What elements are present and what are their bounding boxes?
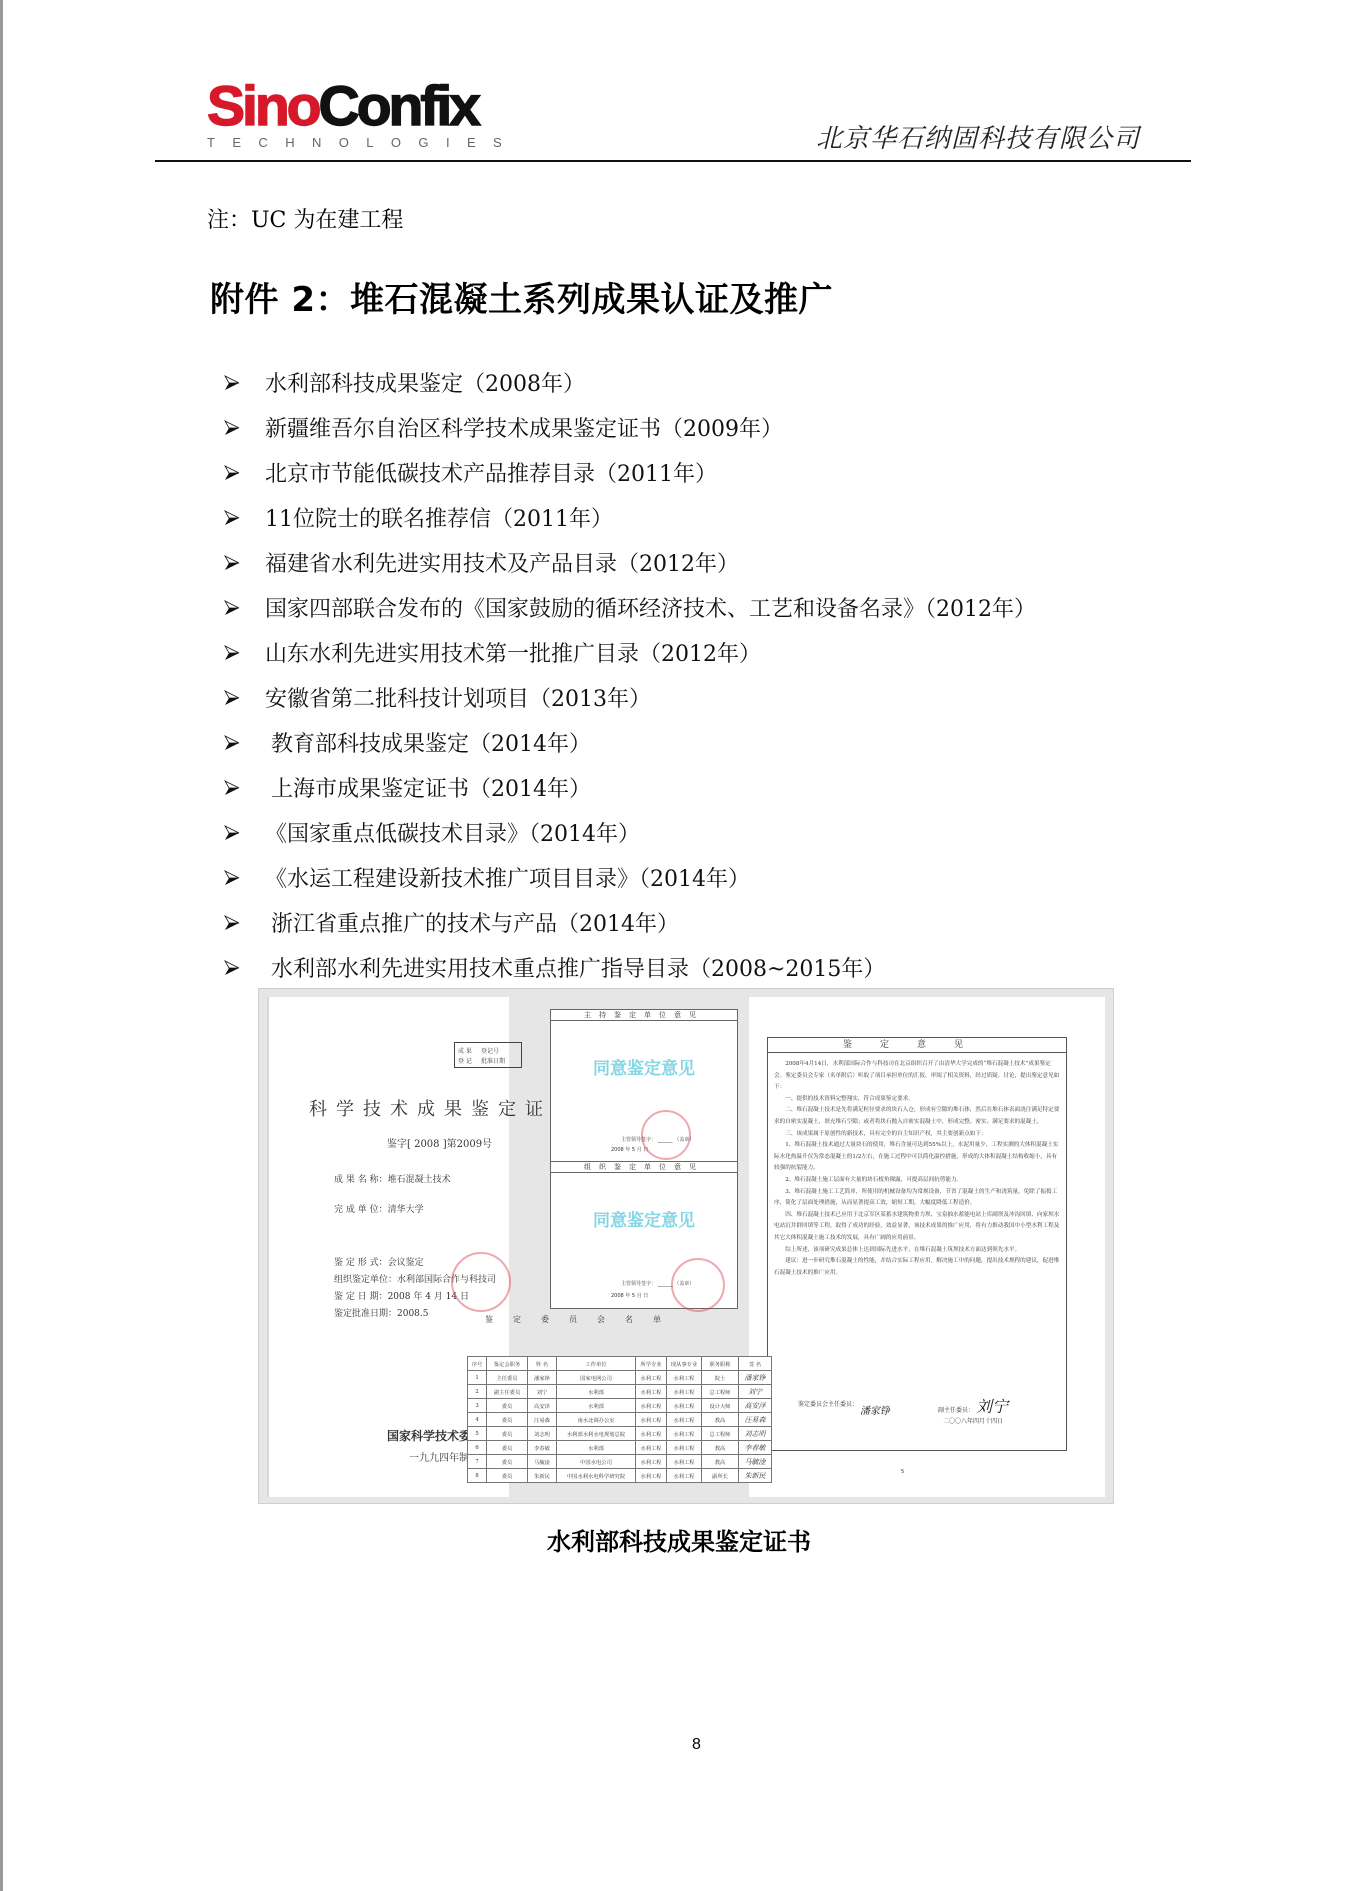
arrowhead-right-icon	[224, 690, 240, 706]
table-cell: 水利工程	[636, 1469, 667, 1483]
table-cell: 水利工程	[667, 1385, 702, 1399]
table-row: 8委员朱新民中国水利水电科学研究院水利工程水利工程副所长朱新民	[468, 1469, 772, 1483]
logo-wordmark: SinoConfix	[207, 78, 519, 134]
table-row: 2副主任委员刘宁水利部水利工程水利工程总工程师刘宁	[468, 1385, 772, 1399]
table-cell: 3	[468, 1399, 487, 1413]
cert-field: 鉴 定 日 期：2008 年 4 月 14 日	[334, 1289, 469, 1302]
table-cell: 刘宁	[528, 1385, 557, 1399]
logo-sino: Sino	[207, 74, 319, 137]
certification-list: 水利部科技成果鉴定（2008年）新疆维吾尔自治区科学技术成果鉴定证书（2009年…	[224, 360, 1036, 990]
certificate-number: 鉴字[ 2008 ]第2009号	[387, 1135, 492, 1150]
sign-label: 主管领导签字：	[621, 1137, 656, 1143]
table-cell: 4	[468, 1413, 487, 1427]
table-cell: 院士	[702, 1371, 739, 1385]
list-item: 上海市成果鉴定证书（2014年）	[224, 765, 1036, 810]
list-item-text: 北京市节能低碳技术产品推荐目录（2011年）	[265, 457, 717, 488]
table-cell: 水利工程	[667, 1371, 702, 1385]
appraisal-paragraph: 三、该成果属于原创性的新技术，具有完全的自主知识产权，其主要创新点如下：	[774, 1129, 1060, 1141]
page-edge	[0, 0, 3, 1891]
arrowhead-right-icon	[224, 825, 240, 841]
table-cell: 委员	[487, 1441, 528, 1455]
host-unit-opinion: 主持鉴定单位意见 同意鉴定意见 主管领导签字： ______ （盖章） 2008…	[550, 1009, 738, 1163]
list-item: 水利部科技成果鉴定（2008年）	[224, 360, 1036, 405]
arrowhead-right-icon	[224, 600, 240, 616]
list-item-text: 国家四部联合发布的《国家鼓励的循环经济技术、工艺和设备名录》（2012年）	[265, 592, 1036, 623]
list-item: 11位院士的联名推荐信（2011年）	[224, 495, 1036, 540]
page-number: 8	[692, 1736, 701, 1754]
table-cell: 高安泽	[528, 1399, 557, 1413]
header-rule	[155, 160, 1191, 162]
list-item-text: 《水运工程建设新技术推广项目目录》（2014年）	[265, 862, 750, 893]
signature-cell: 李春敏	[739, 1441, 772, 1455]
scan-page-number: 5	[901, 1469, 904, 1475]
sinoconfix-logo: SinoConfix TECHNOLOGIES	[207, 78, 513, 150]
registration-box: 成 果 登 记 登记号 批准日期	[454, 1042, 522, 1068]
table-cell: 刘志明	[528, 1427, 557, 1441]
appraisal-paragraph: 一、提供的技术资料完整翔实，符合成果鉴定要求。	[774, 1094, 1060, 1106]
opinion-header: 组织鉴定单位意见	[551, 1162, 737, 1173]
table-cell: 5	[468, 1427, 487, 1441]
opinion-date: 2008 年 5 月 日	[611, 1292, 648, 1299]
arrowhead-right-icon	[224, 465, 240, 481]
opinion-header: 主持鉴定单位意见	[551, 1010, 737, 1021]
signature-cell: 汪易森	[739, 1413, 772, 1427]
signature-cell: 高安泽	[739, 1399, 772, 1413]
table-cell: 水利工程	[636, 1399, 667, 1413]
table-row: 1主任委员潘家铮国家电网公司水利工程水利工程院士潘家铮	[468, 1371, 772, 1385]
table-cell: 委员	[487, 1427, 528, 1441]
table-cell: 1	[468, 1371, 487, 1385]
list-item: 福建省水利先进实用技术及产品目录（2012年）	[224, 540, 1036, 585]
table-cell: 2	[468, 1385, 487, 1399]
table-row: 7委员马毓淦中国水电公司水利工程水利工程教高马毓淦	[468, 1455, 772, 1469]
list-item-text: 上海市成果鉴定证书（2014年）	[271, 772, 591, 803]
cert-field: 成 果 名 称：堆石混凝土技术	[334, 1172, 451, 1185]
list-item-text: 教育部科技成果鉴定（2014年）	[271, 727, 591, 758]
arrowhead-right-icon	[224, 645, 240, 661]
table-cell: 水利工程	[636, 1441, 667, 1455]
table-cell: 6	[468, 1441, 487, 1455]
seal-label: （盖章）	[674, 1281, 694, 1287]
seal-label: （盖章）	[674, 1137, 694, 1143]
appraisal-paragraph: 四、堆石混凝土技术已应用于北京军区某蓄水建筑物重力坝、宝泉抽水蓄能电站上库副坝及…	[774, 1210, 1060, 1245]
list-item: 北京市节能低碳技术产品推荐目录（2011年）	[224, 450, 1036, 495]
appraisal-paragraph: 2、堆石混凝土施工层面有大量的块石棱角裸露，可提高层间抗剪能力。	[774, 1175, 1060, 1187]
chair-label: 鉴定委员会主任委员：	[798, 1401, 858, 1408]
appraisal-opinion-box: 鉴定意见 2008年4月14日，水利部国际合作与科技司在北京组织召开了由清华大学…	[767, 1037, 1067, 1451]
table-cell: 7	[468, 1455, 487, 1469]
vice-chair-label: 副主任委员：	[938, 1407, 974, 1414]
table-cell: 中国水利水电科学研究院	[557, 1469, 636, 1483]
certificate-scan-image: 成 果 登 记 登记号 批准日期 科学技术成果鉴定证 鉴字[ 2008 ]第20…	[258, 988, 1114, 1504]
arrowhead-right-icon	[224, 735, 240, 751]
list-item: 水利部水利先进实用技术重点推广指导目录（2008~2015年）	[224, 945, 1036, 990]
logo-confix: Confix	[319, 74, 478, 137]
table-cell: 国家电网公司	[557, 1371, 636, 1385]
box-label: 登 记	[458, 1056, 472, 1065]
column-header: 工作单位	[557, 1357, 636, 1371]
table-cell: 水利工程	[636, 1455, 667, 1469]
vice-chair-signature: 刘宁	[976, 1397, 1008, 1416]
table-cell: 水利部	[557, 1399, 636, 1413]
note-text: 注：UC 为在建工程	[207, 203, 403, 234]
arrowhead-right-icon	[224, 915, 240, 931]
table-cell: 李春敏	[528, 1441, 557, 1455]
table-cell: 委员	[487, 1455, 528, 1469]
list-item-text: 水利部水利先进实用技术重点推广指导目录（2008~2015年）	[271, 952, 885, 983]
column-header: 签 名	[739, 1357, 772, 1371]
list-item: 安徽省第二批科技计划项目（2013年）	[224, 675, 1036, 720]
table-cell: 水利部	[557, 1385, 636, 1399]
signature-cell: 刘宁	[739, 1385, 772, 1399]
agree-stamp: 同意鉴定意见	[593, 1206, 695, 1231]
table-cell: 朱新民	[528, 1469, 557, 1483]
table-cell: 马毓淦	[528, 1455, 557, 1469]
table-cell: 8	[468, 1469, 487, 1483]
box-label: 成 果	[458, 1046, 472, 1055]
signature-cell: 马毓淦	[739, 1455, 772, 1469]
list-item: 国家四部联合发布的《国家鼓励的循环经济技术、工艺和设备名录》（2012年）	[224, 585, 1036, 630]
column-header: 鉴定会职务	[487, 1357, 528, 1371]
box-label: 批准日期	[481, 1056, 505, 1065]
list-item-text: 浙江省重点推广的技术与产品（2014年）	[271, 907, 679, 938]
appraisal-body: 2008年4月14日，水利部国际合作与科技司在北京组织召开了由清华大学完成的“堆…	[768, 1053, 1066, 1279]
table-cell: 水利工程	[636, 1413, 667, 1427]
committee-table: 序号鉴定会职务姓 名工作单位所学专业现从事专业职务职称签 名1主任委员潘家铮国家…	[467, 1356, 772, 1483]
table-cell: 中国水电公司	[557, 1455, 636, 1469]
table-row: 6委员李春敏水利部水利工程水利工程教高李春敏	[468, 1441, 772, 1455]
table-cell: 委员	[487, 1413, 528, 1427]
column-header: 姓 名	[528, 1357, 557, 1371]
list-item-text: 《国家重点低碳技术目录》（2014年）	[265, 817, 640, 848]
arrowhead-right-icon	[224, 375, 240, 391]
signature-cell: 刘志明	[739, 1427, 772, 1441]
table-cell: 水利工程	[667, 1469, 702, 1483]
table-cell: 教高	[702, 1455, 739, 1469]
arrowhead-right-icon	[224, 870, 240, 886]
agree-stamp: 同意鉴定意见	[593, 1054, 695, 1079]
red-seal-icon	[641, 1110, 691, 1160]
chair-signature: 潘家铮	[860, 1406, 890, 1417]
figure-caption: 水利部科技成果鉴定证书	[0, 1522, 1348, 1557]
table-cell: 水利工程	[636, 1427, 667, 1441]
signature-cell: 朱新民	[739, 1469, 772, 1483]
appraisal-paragraph: 1、堆石混凝土技术通过大量块石的使用，堆石含量可达到55%以上，水泥用量少，工程…	[774, 1140, 1060, 1175]
list-item-text: 11位院士的联名推荐信（2011年）	[265, 502, 613, 533]
appraisal-paragraph: 3、堆石混凝土施工工艺简单，所使用的机械设备均为常规设备，节省了混凝土的生产和浇…	[774, 1187, 1060, 1210]
sign-label: 主管领导签字：	[621, 1281, 656, 1287]
list-item: 《国家重点低碳技术目录》（2014年）	[224, 810, 1036, 855]
list-item-text: 山东水利先进实用技术第一批推广目录（2012年）	[265, 637, 761, 668]
cert-field: 鉴 定 形 式：会议鉴定	[334, 1255, 424, 1268]
table-cell: 委员	[487, 1469, 528, 1483]
list-item: 浙江省重点推广的技术与产品（2014年）	[224, 900, 1036, 945]
list-item-text: 新疆维吾尔自治区科学技术成果鉴定证书（2009年）	[265, 412, 783, 443]
arrowhead-right-icon	[224, 780, 240, 796]
column-header: 职务职称	[702, 1357, 739, 1371]
appraisal-paragraph: 2008年4月14日，水利部国际合作与科技司在北京组织召开了由清华大学完成的“堆…	[774, 1059, 1060, 1094]
table-cell: 水利工程	[636, 1371, 667, 1385]
list-item-text: 安徽省第二批科技计划项目（2013年）	[265, 682, 651, 713]
column-header: 所学专业	[636, 1357, 667, 1371]
table-cell: 主任委员	[487, 1371, 528, 1385]
table-cell: 总工程师	[702, 1427, 739, 1441]
table-cell: 水利工程	[667, 1399, 702, 1413]
appraisal-header: 鉴定意见	[768, 1038, 1066, 1053]
column-header: 序号	[468, 1357, 487, 1371]
committee-title: 鉴定委员会名单	[485, 1314, 681, 1325]
list-item: 新疆维吾尔自治区科学技术成果鉴定证书（2009年）	[224, 405, 1036, 450]
table-cell: 潘家铮	[528, 1371, 557, 1385]
column-header: 现从事专业	[667, 1357, 702, 1371]
table-row: 4委员汪易森南水北调办公室水利工程水利工程教高汪易森	[468, 1413, 772, 1427]
table-row: 5委员刘志明水利部水利水电规划总院水利工程水利工程总工程师刘志明	[468, 1427, 772, 1441]
table-cell: 教高	[702, 1441, 739, 1455]
list-item: 山东水利先进实用技术第一批推广目录（2012年）	[224, 630, 1036, 675]
table-cell: 水利部水利水电规划总院	[557, 1427, 636, 1441]
table-cell: 水利工程	[667, 1427, 702, 1441]
table-cell: 副所长	[702, 1469, 739, 1483]
signature-cell: 潘家铮	[739, 1371, 772, 1385]
appraisal-date: 二〇〇八年四月十四日	[943, 1416, 1003, 1425]
list-item-text: 水利部科技成果鉴定（2008年）	[265, 367, 585, 398]
list-item-text: 福建省水利先进实用技术及产品目录（2012年）	[265, 547, 739, 578]
certificate-year: 一九九四年制	[409, 1449, 469, 1464]
list-item: 教育部科技成果鉴定（2014年）	[224, 720, 1036, 765]
logo-subtitle: TECHNOLOGIES	[207, 136, 513, 150]
table-cell: 水利工程	[667, 1455, 702, 1469]
certificate-title: 科学技术成果鉴定证	[309, 1095, 552, 1121]
company-name: 北京华石纳固科技有限公司	[816, 118, 1140, 155]
table-cell: 汪易森	[528, 1413, 557, 1427]
table-cell: 水利部	[557, 1441, 636, 1455]
list-item: 《水运工程建设新技术推广项目目录》（2014年）	[224, 855, 1036, 900]
table-row: 3委员高安泽水利部水利工程水利工程设计大师高安泽	[468, 1399, 772, 1413]
organizer-unit-opinion: 组织鉴定单位意见 同意鉴定意见 主管领导签字： ______ （盖章） 2008…	[550, 1161, 738, 1309]
arrowhead-right-icon	[224, 510, 240, 526]
table-cell: 设计大师	[702, 1399, 739, 1413]
appraisal-paragraph: 建议：进一步研究堆石混凝土的性能，并结合实际工程应用，解决施工中的问题，提出技术…	[774, 1256, 1060, 1279]
red-seal-icon	[451, 1252, 511, 1312]
arrowhead-right-icon	[224, 420, 240, 436]
table-cell: 总工程师	[702, 1385, 739, 1399]
cert-field: 完 成 单 位：清华大学	[334, 1202, 424, 1215]
table-cell: 南水北调办公室	[557, 1413, 636, 1427]
arrowhead-right-icon	[224, 555, 240, 571]
table-cell: 水利工程	[636, 1385, 667, 1399]
table-header-row: 序号鉴定会职务姓 名工作单位所学专业现从事专业职务职称签 名	[468, 1357, 772, 1371]
table-cell: 教高	[702, 1413, 739, 1427]
arrowhead-right-icon	[224, 960, 240, 976]
section-title: 附件 2：堆石混凝土系列成果认证及推广	[210, 272, 833, 321]
appraisal-opinion-page: 鉴定意见 2008年4月14日，水利部国际合作与科技司在北京组织召开了由清华大学…	[749, 997, 1105, 1497]
table-cell: 水利工程	[667, 1413, 702, 1427]
cert-field: 鉴定批准日期：2008.5	[334, 1306, 429, 1319]
appraisal-paragraph: 综上所述，该项研究成果总体上达到国际先进水平，在堆石混凝土筑坝技术方面达到领先水…	[774, 1245, 1060, 1257]
table-cell: 副主任委员	[487, 1385, 528, 1399]
appraisal-paragraph: 二、堆石混凝土技术是先将满足粒径要求的块石入仓，形成有空隙的堆石体，然后在堆石体…	[774, 1105, 1060, 1128]
table-cell: 水利工程	[667, 1441, 702, 1455]
opinion-date: 2008 年 5 月 日	[611, 1146, 648, 1153]
box-label: 登记号	[481, 1046, 499, 1055]
table-cell: 委员	[487, 1399, 528, 1413]
